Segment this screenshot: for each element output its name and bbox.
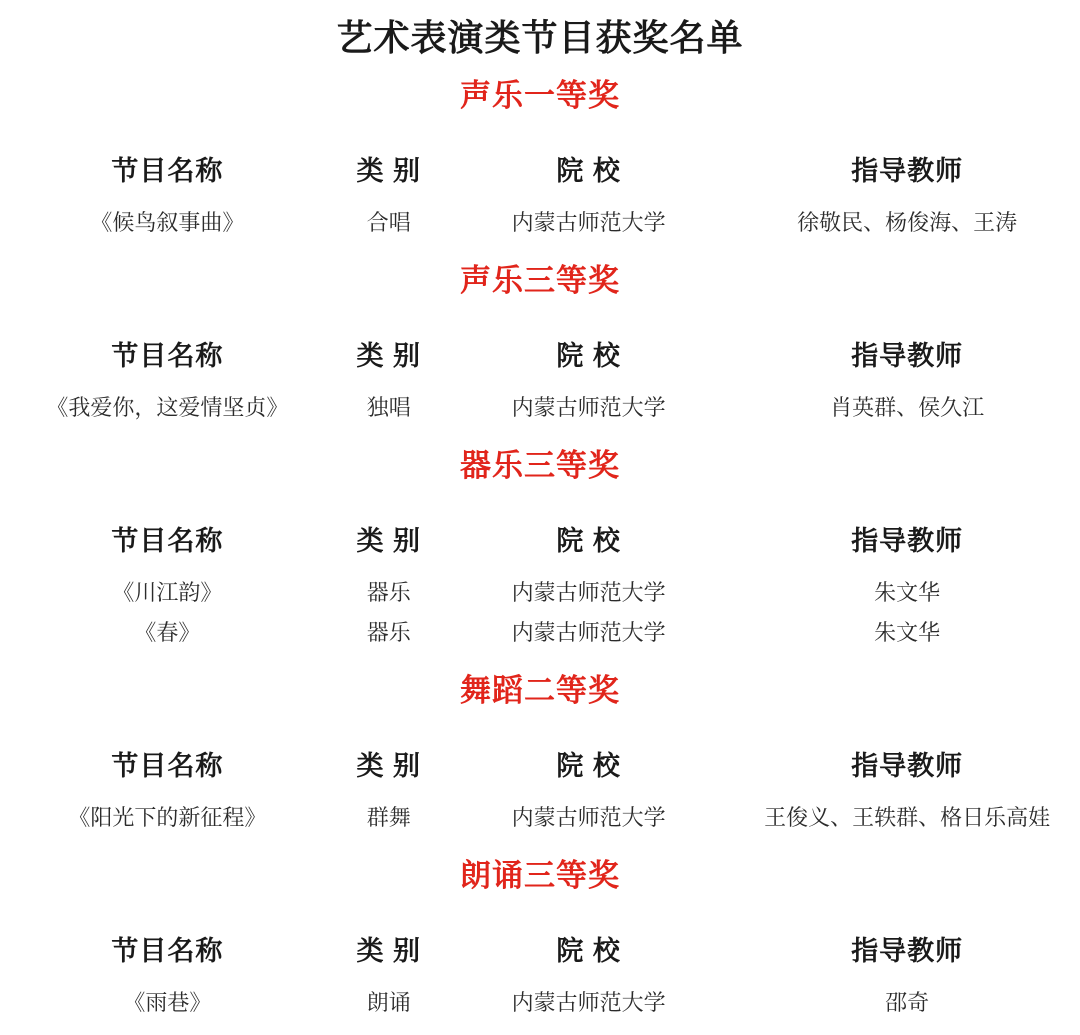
column-header-advisors: 指导教师 xyxy=(734,339,1080,373)
program-name-cell: 《春》 xyxy=(0,613,335,653)
column-header-school: 院 校 xyxy=(443,749,735,783)
column-header-program-name: 节目名称 xyxy=(0,339,335,373)
column-header-category: 类 别 xyxy=(335,934,443,968)
table-row: 《阳光下的新征程》 群舞 内蒙古师范大学 王俊义、王轶群、格日乐高娃 xyxy=(0,798,1080,838)
advisors-cell: 朱文华 xyxy=(734,613,1080,653)
table-row: 《我爱你，这爱情坚贞》 独唱 内蒙古师范大学 肖英群、侯久江 xyxy=(0,388,1080,428)
school-cell: 内蒙古师范大学 xyxy=(443,983,735,1023)
category-cell: 群舞 xyxy=(335,798,443,838)
column-header-category: 类 别 xyxy=(335,339,443,373)
advisors-cell: 邵奇 xyxy=(734,983,1080,1023)
table-row: 《雨巷》 朗诵 内蒙古师范大学 邵奇 xyxy=(0,983,1080,1023)
column-header-school: 院 校 xyxy=(443,339,735,373)
table-body: 《雨巷》 朗诵 内蒙古师范大学 邵奇 xyxy=(0,983,1080,1023)
column-header-category: 类 别 xyxy=(335,154,443,188)
program-name-cell: 《川江韵》 xyxy=(0,573,335,613)
school-cell: 内蒙古师范大学 xyxy=(443,798,735,838)
table-body: 《川江韵》 器乐 内蒙古师范大学 朱文华 《春》 器乐 内蒙古师范大学 朱文华 xyxy=(0,573,1080,653)
advisors-cell: 朱文华 xyxy=(734,573,1080,613)
school-cell: 内蒙古师范大学 xyxy=(443,613,735,653)
column-header-category: 类 别 xyxy=(335,524,443,558)
section-heading-instrumental-third-prize: 器乐三等奖 xyxy=(0,449,1080,483)
column-header-school: 院 校 xyxy=(443,524,735,558)
table-header-row: 节目名称 类 别 院 校 指导教师 xyxy=(0,749,1080,783)
category-cell: 合唱 xyxy=(335,203,443,243)
column-header-advisors: 指导教师 xyxy=(734,154,1080,188)
section-heading-recitation-third-prize: 朗诵三等奖 xyxy=(0,859,1080,893)
table-row: 《川江韵》 器乐 内蒙古师范大学 朱文华 xyxy=(0,573,1080,613)
program-name-cell: 《我爱你，这爱情坚贞》 xyxy=(0,388,335,428)
column-header-school: 院 校 xyxy=(443,154,735,188)
category-cell: 器乐 xyxy=(335,613,443,653)
column-header-program-name: 节目名称 xyxy=(0,749,335,783)
table-body: 《阳光下的新征程》 群舞 内蒙古师范大学 王俊义、王轶群、格日乐高娃 xyxy=(0,798,1080,838)
program-name-cell: 《候鸟叙事曲》 xyxy=(0,203,335,243)
category-cell: 器乐 xyxy=(335,573,443,613)
section-heading-dance-second-prize: 舞蹈二等奖 xyxy=(0,674,1080,708)
school-cell: 内蒙古师范大学 xyxy=(443,388,735,428)
advisors-cell: 肖英群、侯久江 xyxy=(734,388,1080,428)
column-header-category: 类 别 xyxy=(335,749,443,783)
column-header-program-name: 节目名称 xyxy=(0,934,335,968)
program-name-cell: 《雨巷》 xyxy=(0,983,335,1023)
category-cell: 朗诵 xyxy=(335,983,443,1023)
table-header-row: 节目名称 类 别 院 校 指导教师 xyxy=(0,934,1080,968)
column-header-advisors: 指导教师 xyxy=(734,524,1080,558)
award-list-document: 艺术表演类节目获奖名单 声乐一等奖 节目名称 类 别 院 校 指导教师 《候鸟叙… xyxy=(0,0,1080,1035)
section-heading-vocal-third-prize: 声乐三等奖 xyxy=(0,264,1080,298)
school-cell: 内蒙古师范大学 xyxy=(443,203,735,243)
column-header-advisors: 指导教师 xyxy=(734,749,1080,783)
column-header-advisors: 指导教师 xyxy=(734,934,1080,968)
column-header-program-name: 节目名称 xyxy=(0,154,335,188)
table-body: 《我爱你，这爱情坚贞》 独唱 内蒙古师范大学 肖英群、侯久江 xyxy=(0,388,1080,428)
table-header-row: 节目名称 类 别 院 校 指导教师 xyxy=(0,339,1080,373)
table-header-row: 节目名称 类 别 院 校 指导教师 xyxy=(0,154,1080,188)
table-body: 《候鸟叙事曲》 合唱 内蒙古师范大学 徐敬民、杨俊海、王涛 xyxy=(0,203,1080,243)
table-row: 《候鸟叙事曲》 合唱 内蒙古师范大学 徐敬民、杨俊海、王涛 xyxy=(0,203,1080,243)
table-header-row: 节目名称 类 别 院 校 指导教师 xyxy=(0,524,1080,558)
advisors-cell: 徐敬民、杨俊海、王涛 xyxy=(734,203,1080,243)
column-header-program-name: 节目名称 xyxy=(0,524,335,558)
school-cell: 内蒙古师范大学 xyxy=(443,573,735,613)
category-cell: 独唱 xyxy=(335,388,443,428)
column-header-school: 院 校 xyxy=(443,934,735,968)
advisors-cell: 王俊义、王轶群、格日乐高娃 xyxy=(734,798,1080,838)
section-heading-vocal-first-prize: 声乐一等奖 xyxy=(0,79,1080,113)
table-row: 《春》 器乐 内蒙古师范大学 朱文华 xyxy=(0,613,1080,653)
program-name-cell: 《阳光下的新征程》 xyxy=(0,798,335,838)
page-title: 艺术表演类节目获奖名单 xyxy=(0,0,1080,58)
